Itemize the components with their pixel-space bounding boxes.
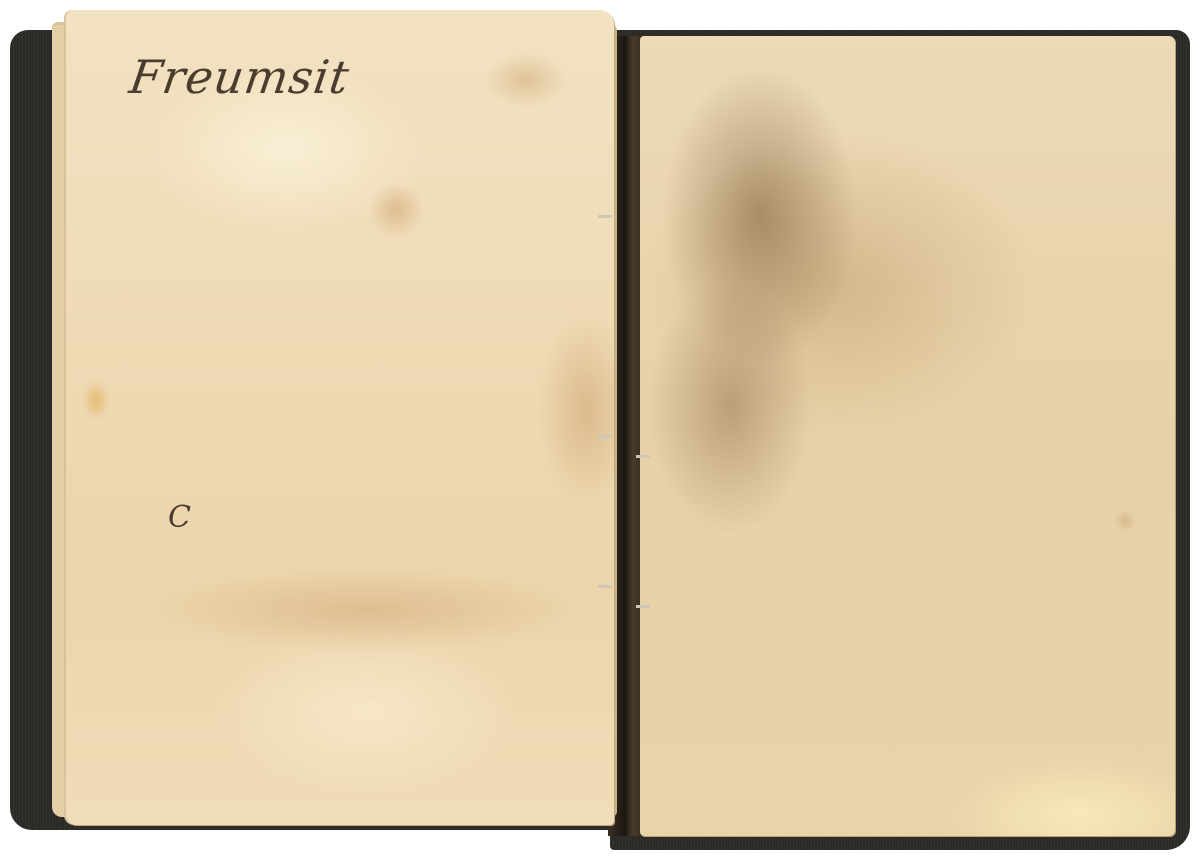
handwritten-mark: C <box>168 500 192 535</box>
handwritten-title: Freumsit <box>126 50 353 104</box>
stitch <box>636 455 650 458</box>
stitch <box>598 435 612 438</box>
stitch <box>598 215 612 218</box>
stitch <box>598 585 612 588</box>
right-page <box>640 36 1175 836</box>
left-page <box>66 10 614 825</box>
stitch <box>636 605 650 608</box>
